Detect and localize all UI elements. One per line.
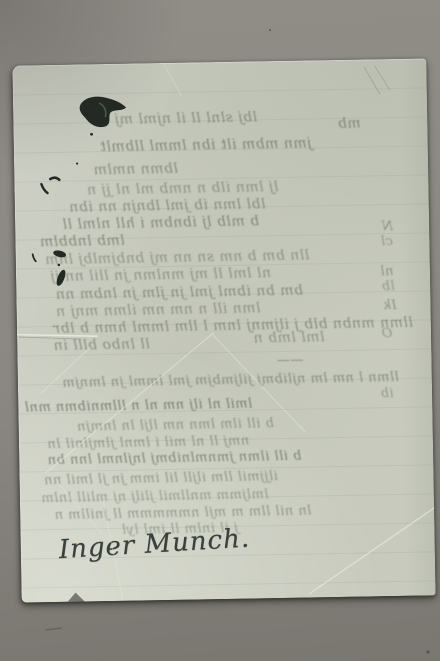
ghost-handwriting-line: bm bn ibml jml jn jlm jn lnbm nn	[55, 284, 303, 302]
letter-sheet: lbj slnl ll il njml mjmbjmn mbm ilt ibn …	[12, 58, 435, 602]
ghost-handwriting-line: nmj ll nl mil i lmnl jlmjlnil ln	[47, 435, 249, 452]
ghost-handwriting-line: lln bm b nm sn nn mj bnbjmlbj lnm	[45, 249, 310, 268]
ink-splatter-strokes	[31, 178, 60, 262]
dust-speck	[269, 29, 271, 31]
ghost-handwriting-line: cl	[380, 235, 393, 248]
ghost-handwriting-line: b ill ilm lmn nm lljl ln lnmjn	[77, 417, 274, 433]
ghost-handwriting-line: mb	[337, 117, 360, 131]
ghost-handwriting-line: N	[381, 220, 393, 233]
ghost-handwriting-line: nl lml ll mj mnlmn jn llil nn jj	[50, 266, 271, 284]
ghost-text-layer: lbj slnl ll il njml mjmbjmn mbm ilt ibn …	[12, 58, 435, 602]
ghost-handwriting-line: Ik	[382, 299, 396, 312]
letter-photograph: lbj slnl ll il njml mjmbjmn mbm ilt ibn …	[0, 0, 440, 661]
ghost-handwriting-line: nl	[380, 265, 394, 278]
dust-speck	[427, 651, 430, 654]
ghost-handwriting-line: ln nil llm m mjl nmmmmm ll jnillm n	[54, 505, 311, 522]
ghost-handwriting-line: lj lmn ilb n nmb ml nl jj n	[86, 180, 278, 197]
ink-blot-sheen	[99, 103, 106, 117]
ghost-handwriting-line: lmb lnbblm	[39, 234, 125, 249]
ghost-handwriting-line: ll lnbo blll in	[53, 337, 150, 353]
ghost-handwriting-line: lbj slnl ll il njml mj	[114, 110, 257, 126]
ghost-handwriting-line: lmljmm mnllmil jlilj nj mlill lnlm	[41, 488, 269, 505]
ghost-handwriting-line: jmn mbm ilt ibn lmml llbmlt	[100, 136, 312, 154]
ghost-handwriting-line: ——	[276, 354, 303, 367]
pencil-crease-mark	[374, 65, 389, 90]
ghost-handwriting-line: O	[381, 327, 392, 340]
ghost-handwriting-line: lmn ill n nm nm ilmn mnj n	[56, 301, 261, 319]
board-scratch	[45, 628, 62, 630]
paper-notch-tear	[68, 592, 85, 601]
paper-damage-overlay	[12, 58, 435, 602]
ghost-handwriting-line: iljjmil llm iljll lil imm jn jl lmil nn	[43, 470, 278, 487]
ghost-handwriting-line: llmn mnbn blb j iljmnj lnm l llm lmml hm…	[53, 316, 413, 336]
ruled-lines	[12, 58, 435, 602]
ghost-handwriting-line: ib	[380, 387, 394, 400]
ink-blot	[30, 96, 129, 287]
signature: Inger Munch.	[58, 523, 251, 566]
ghost-handwriting-line: llmn l nm lm njlibmj jiljmbjm jml lmml j…	[62, 371, 399, 390]
ghost-handwriting-line: lmil nl ilj nm nl n lllmnibmn mnl	[24, 398, 252, 415]
ghost-handwriting-line: lbl lmn ib jml lbnjn nn ibn	[69, 197, 266, 214]
ghost-handwriting-line: lml lmb n	[253, 330, 325, 345]
ghost-handwriting-line: lb	[381, 280, 395, 293]
pencil-crease-mark	[364, 67, 379, 94]
ghost-handwriting-line: lbmn nmlm	[93, 162, 178, 177]
ghost-handwriting-line: b mlb lj ibnbm i hll nlml ll	[62, 214, 259, 231]
crease-marks	[12, 58, 435, 601]
ghost-handwriting-line: b ill ilmn jmnmlnibmj lnjlnml lnn bn	[47, 450, 301, 467]
